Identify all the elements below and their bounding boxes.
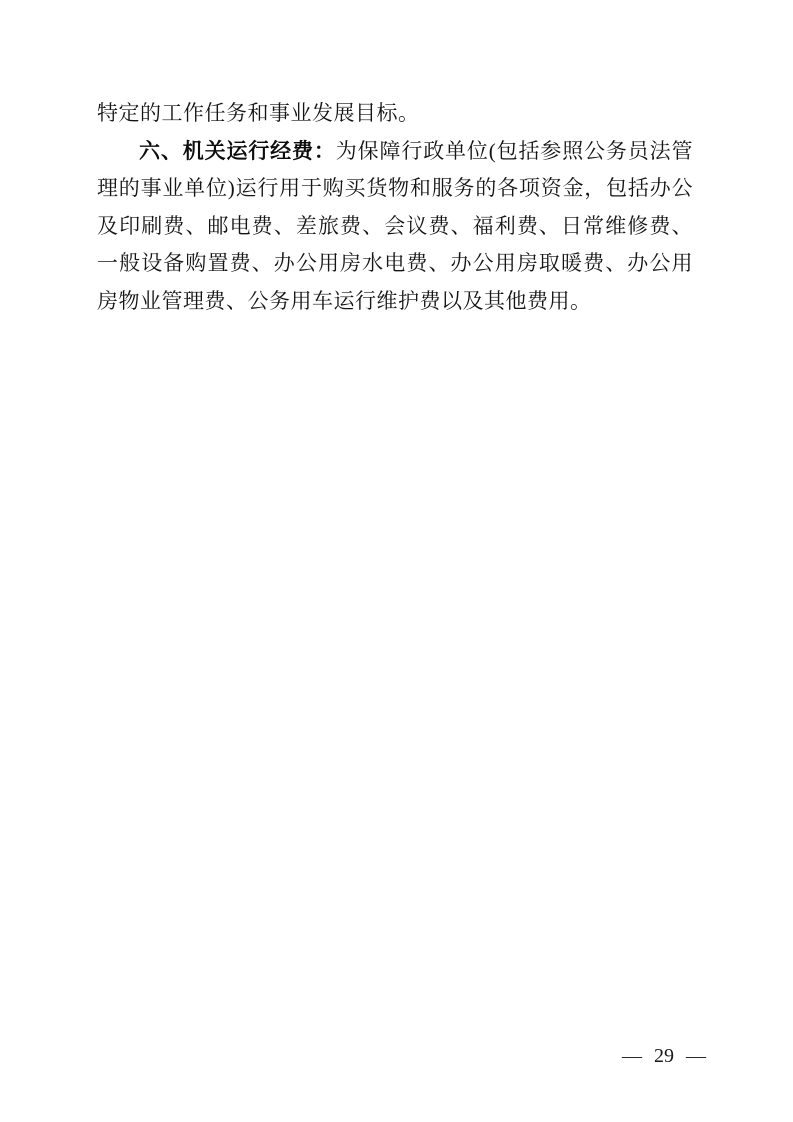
page-number-value: 29 [654,1045,674,1068]
page-number-footer: —29— [622,1045,706,1068]
paragraph-item-six: 六、机关运行经费：为保障行政单位(包括参照公务员法管理的事业单位)运行用于购买货… [97,133,693,321]
paragraph-continuation: 特定的工作任务和事业发展目标。 [97,95,693,133]
paragraph-body-text: 为保障行政单位(包括参照公务员法管理的事业单位)运行用于购买货物和服务的各项资金… [97,139,693,313]
paragraph-lead-in-heading: 六、机关运行经费： [139,140,336,163]
page-number-right-dash: — [686,1045,706,1068]
document-page: 特定的工作任务和事业发展目标。 六、机关运行经费：为保障行政单位(包括参照公务员… [0,0,793,1122]
page-number-left-dash: — [622,1045,642,1068]
body-text-block: 特定的工作任务和事业发展目标。 六、机关运行经费：为保障行政单位(包括参照公务员… [97,95,693,321]
